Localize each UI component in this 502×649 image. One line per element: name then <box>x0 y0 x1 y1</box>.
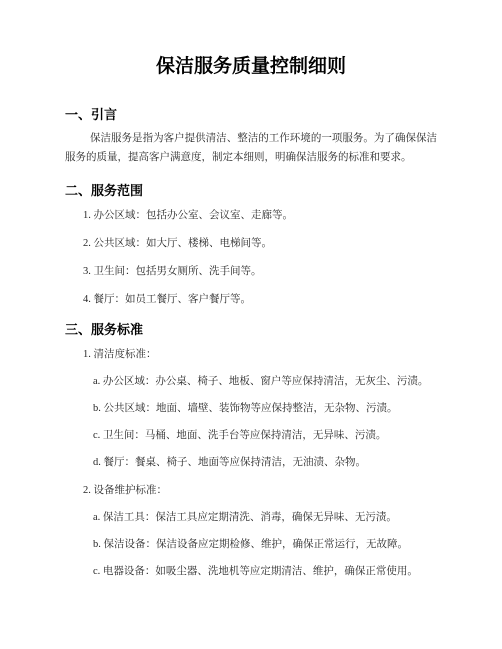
intro-paragraph: 保洁服务是指为客户提供清洁、整洁的工作环境的一项服务。为了确保保洁服务的质量，提… <box>65 129 437 167</box>
list-item: c. 卫生间：马桶、地面、洗手台等应保持清洁，无异味、污渍。 <box>93 426 437 445</box>
list-item: 4. 餐厅：如员工餐厅、客户餐厅等。 <box>83 290 437 309</box>
document-title: 保洁服务质量控制细则 <box>65 0 437 80</box>
document-page: 保洁服务质量控制细则 一、引言 保洁服务是指为客户提供清洁、整洁的工作环境的一项… <box>0 0 502 649</box>
list-item: 3. 卫生间：包括男女厕所、洗手间等。 <box>83 262 437 281</box>
section-heading-service-standards: 三、服务标准 <box>65 320 437 339</box>
list-item: 1. 办公区域：包括办公室、会议室、走廊等。 <box>83 206 437 225</box>
list-item: 1. 清洁度标准： <box>83 345 437 364</box>
list-item: d. 餐厅：餐桌、椅子、地面等应保持清洁，无油渍、杂物。 <box>93 453 437 472</box>
list-item: 2. 设备维护标准： <box>83 481 437 500</box>
list-item: b. 公共区域：地面、墙壁、装饰物等应保持整洁，无杂物、污渍。 <box>93 399 437 418</box>
list-item: b. 保洁设备：保洁设备应定期检修、维护，确保正常运行，无故障。 <box>93 535 437 554</box>
list-item: 2. 公共区域：如大厅、楼梯、电梯间等。 <box>83 234 437 253</box>
list-item: a. 办公区域：办公桌、椅子、地板、窗户等应保持清洁，无灰尘、污渍。 <box>93 372 437 391</box>
section-heading-introduction: 一、引言 <box>65 105 437 124</box>
list-item: a. 保洁工具：保洁工具应定期清洗、消毒，确保无异味、无污渍。 <box>93 508 437 527</box>
section-heading-service-scope: 二、服务范围 <box>65 181 437 200</box>
list-item: c. 电器设备：如吸尘器、洗地机等应定期清洁、维护，确保正常使用。 <box>93 562 437 581</box>
